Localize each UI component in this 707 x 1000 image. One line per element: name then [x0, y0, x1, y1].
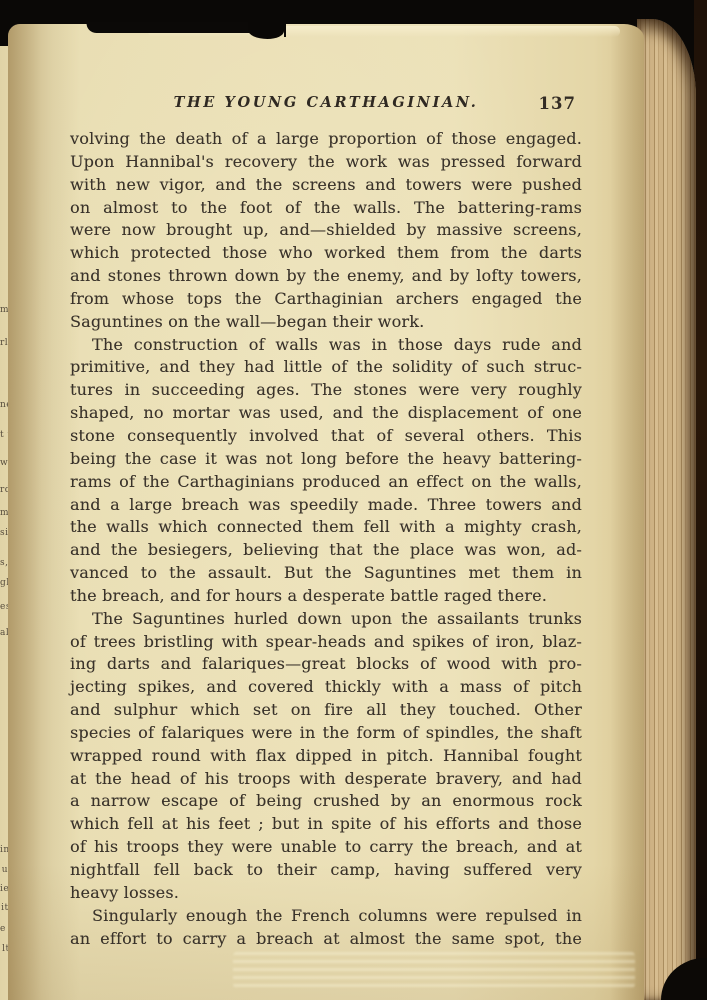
book-scan: me rld. ne t th wal, rd b mea- siles of …	[0, 0, 707, 1000]
scanner-shadow-blob	[85, 22, 272, 33]
text-line: of his troops they were unable to carry …	[70, 836, 582, 859]
text-line: nightfall fell back to their camp, havin…	[70, 859, 582, 882]
text-line: The Saguntines hurled down upon the assa…	[70, 608, 582, 631]
text-line: with new vigor, and the screens and towe…	[70, 174, 582, 197]
page-text: volving the death of a large proportion …	[70, 128, 582, 950]
text-line: the breach, and for hours a desperate ba…	[70, 585, 582, 608]
text-line: Upon Hannibal's recovery the work was pr…	[70, 151, 582, 174]
text-line: and sulphur which set on fire all they t…	[70, 699, 582, 722]
text-line: heavy losses.	[70, 882, 582, 905]
text-line: the walls which connected them fell with…	[70, 516, 582, 539]
text-line: tures in succeeding ages. The stones wer…	[70, 379, 582, 402]
text-line: rams of the Carthaginians produced an ef…	[70, 471, 582, 494]
text-line: shaped, no mortar was used, and the disp…	[70, 402, 582, 425]
text-line: jecting spikes, and covered thickly with…	[70, 676, 582, 699]
text-line: and stones thrown down by the enemy, and…	[70, 265, 582, 288]
text-line: and a large breach was speedily made. Th…	[70, 494, 582, 517]
text-line: Singularly enough the French columns wer…	[70, 905, 582, 928]
text-line: being the case it was not long before th…	[70, 448, 582, 471]
book-page: THE YOUNG CARTHAGINIAN. 137 volving the …	[8, 24, 644, 1000]
scanner-shadow-tick	[284, 22, 286, 37]
scanner-shadow-blob	[248, 22, 284, 39]
text-line: and the besiegers, believing that the pl…	[70, 539, 582, 562]
page-header: THE YOUNG CARTHAGINIAN. 137	[70, 94, 582, 118]
text-line: volving the death of a large proportion …	[70, 128, 582, 151]
text-line: an effort to carry a breach at almost th…	[70, 928, 582, 951]
page-number: 137	[539, 94, 576, 113]
text-line: which fell at his feet ; but in spite of…	[70, 813, 582, 836]
text-line: vanced to the assault. But the Saguntine…	[70, 562, 582, 585]
text-line: a narrow escape of being crushed by an e…	[70, 790, 582, 813]
text-line: wrapped round with flax dipped in pitch.…	[70, 745, 582, 768]
text-line: species of falariques were in the form o…	[70, 722, 582, 745]
text-line: ing darts and falariques—great blocks of…	[70, 653, 582, 676]
running-header-title: THE YOUNG CARTHAGINIAN.	[70, 94, 582, 111]
text-line: Saguntines on the wall—began their work.	[70, 311, 582, 334]
text-line: at the head of his troops with desperate…	[70, 768, 582, 791]
text-line: on almost to the foot of the walls. The …	[70, 197, 582, 220]
page-fore-edge	[637, 19, 696, 1000]
text-line: from whose tops the Carthaginian archers…	[70, 288, 582, 311]
text-line: The construction of walls was in those d…	[70, 334, 582, 357]
text-line: which protected those who worked them fr…	[70, 242, 582, 265]
text-line: were now brought up, and—shielded by mas…	[70, 219, 582, 242]
text-line: stone consequently involved that of seve…	[70, 425, 582, 448]
text-line: primitive, and they had little of the so…	[70, 356, 582, 379]
page-bottom-curl-streaks	[233, 952, 635, 988]
text-line: of trees bristling with spear-heads and …	[70, 631, 582, 654]
